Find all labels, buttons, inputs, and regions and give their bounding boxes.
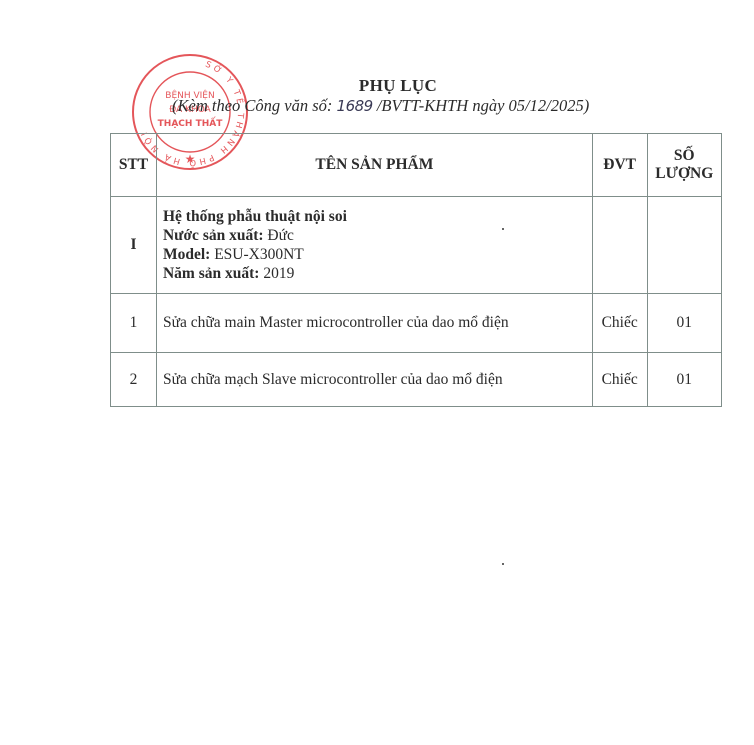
row-qty: 01 (647, 353, 721, 407)
header-name: TÊN SẢN PHẨM (156, 134, 592, 197)
group-name: Hệ thống phẫu thuật nội soi (163, 207, 586, 226)
page-title: PHỤ LỤC (0, 76, 754, 96)
header-stt: STT (111, 134, 157, 197)
row-unit: Chiếc (592, 353, 647, 407)
scan-speck (502, 563, 504, 565)
row-name: Sửa chữa main Master microcontroller của… (156, 294, 592, 353)
group-model: Model: ESU-X300NT (163, 245, 586, 264)
header-qty-line1: SỐ (654, 147, 715, 165)
row-qty: 01 (647, 294, 721, 353)
scan-speck (502, 228, 504, 230)
stamp-line-3: THẠCH THẤT (158, 116, 224, 129)
header-qty: SỐLƯỢNG (647, 134, 721, 197)
group-description: Hệ thống phẫu thuật nội soi Nước sản xuấ… (156, 197, 592, 294)
header-unit: ĐVT (592, 134, 647, 197)
row-stt: 1 (111, 294, 157, 353)
group-qty (647, 197, 721, 294)
product-table: STT TÊN SẢN PHẨM ĐVT SỐLƯỢNG I Hệ thống … (110, 133, 722, 407)
subtitle: (Kèm theo Công văn số: 1689 /BVTT-KHTH n… (172, 96, 589, 116)
group-year: Năm sản xuất: 2019 (163, 264, 586, 283)
group-origin: Nước sản xuất: Đức (163, 226, 586, 245)
table-header-row: STT TÊN SẢN PHẨM ĐVT SỐLƯỢNG (111, 134, 722, 197)
handwritten-document-number: 1689 (337, 97, 373, 115)
subtitle-suffix: /BVTT-KHTH ngày 05/12/2025) (373, 96, 590, 115)
group-stt: I (111, 197, 157, 294)
row-unit: Chiếc (592, 294, 647, 353)
table-row: 1 Sửa chữa main Master microcontroller c… (111, 294, 722, 353)
table-row: 2 Sửa chữa mạch Slave microcontroller củ… (111, 353, 722, 407)
row-name: Sửa chữa mạch Slave microcontroller của … (156, 353, 592, 407)
subtitle-prefix: (Kèm theo Công văn số: (172, 96, 337, 115)
table-group-row: I Hệ thống phẫu thuật nội soi Nước sản x… (111, 197, 722, 294)
header-qty-line2: LƯỢNG (654, 165, 715, 183)
row-stt: 2 (111, 353, 157, 407)
group-unit (592, 197, 647, 294)
